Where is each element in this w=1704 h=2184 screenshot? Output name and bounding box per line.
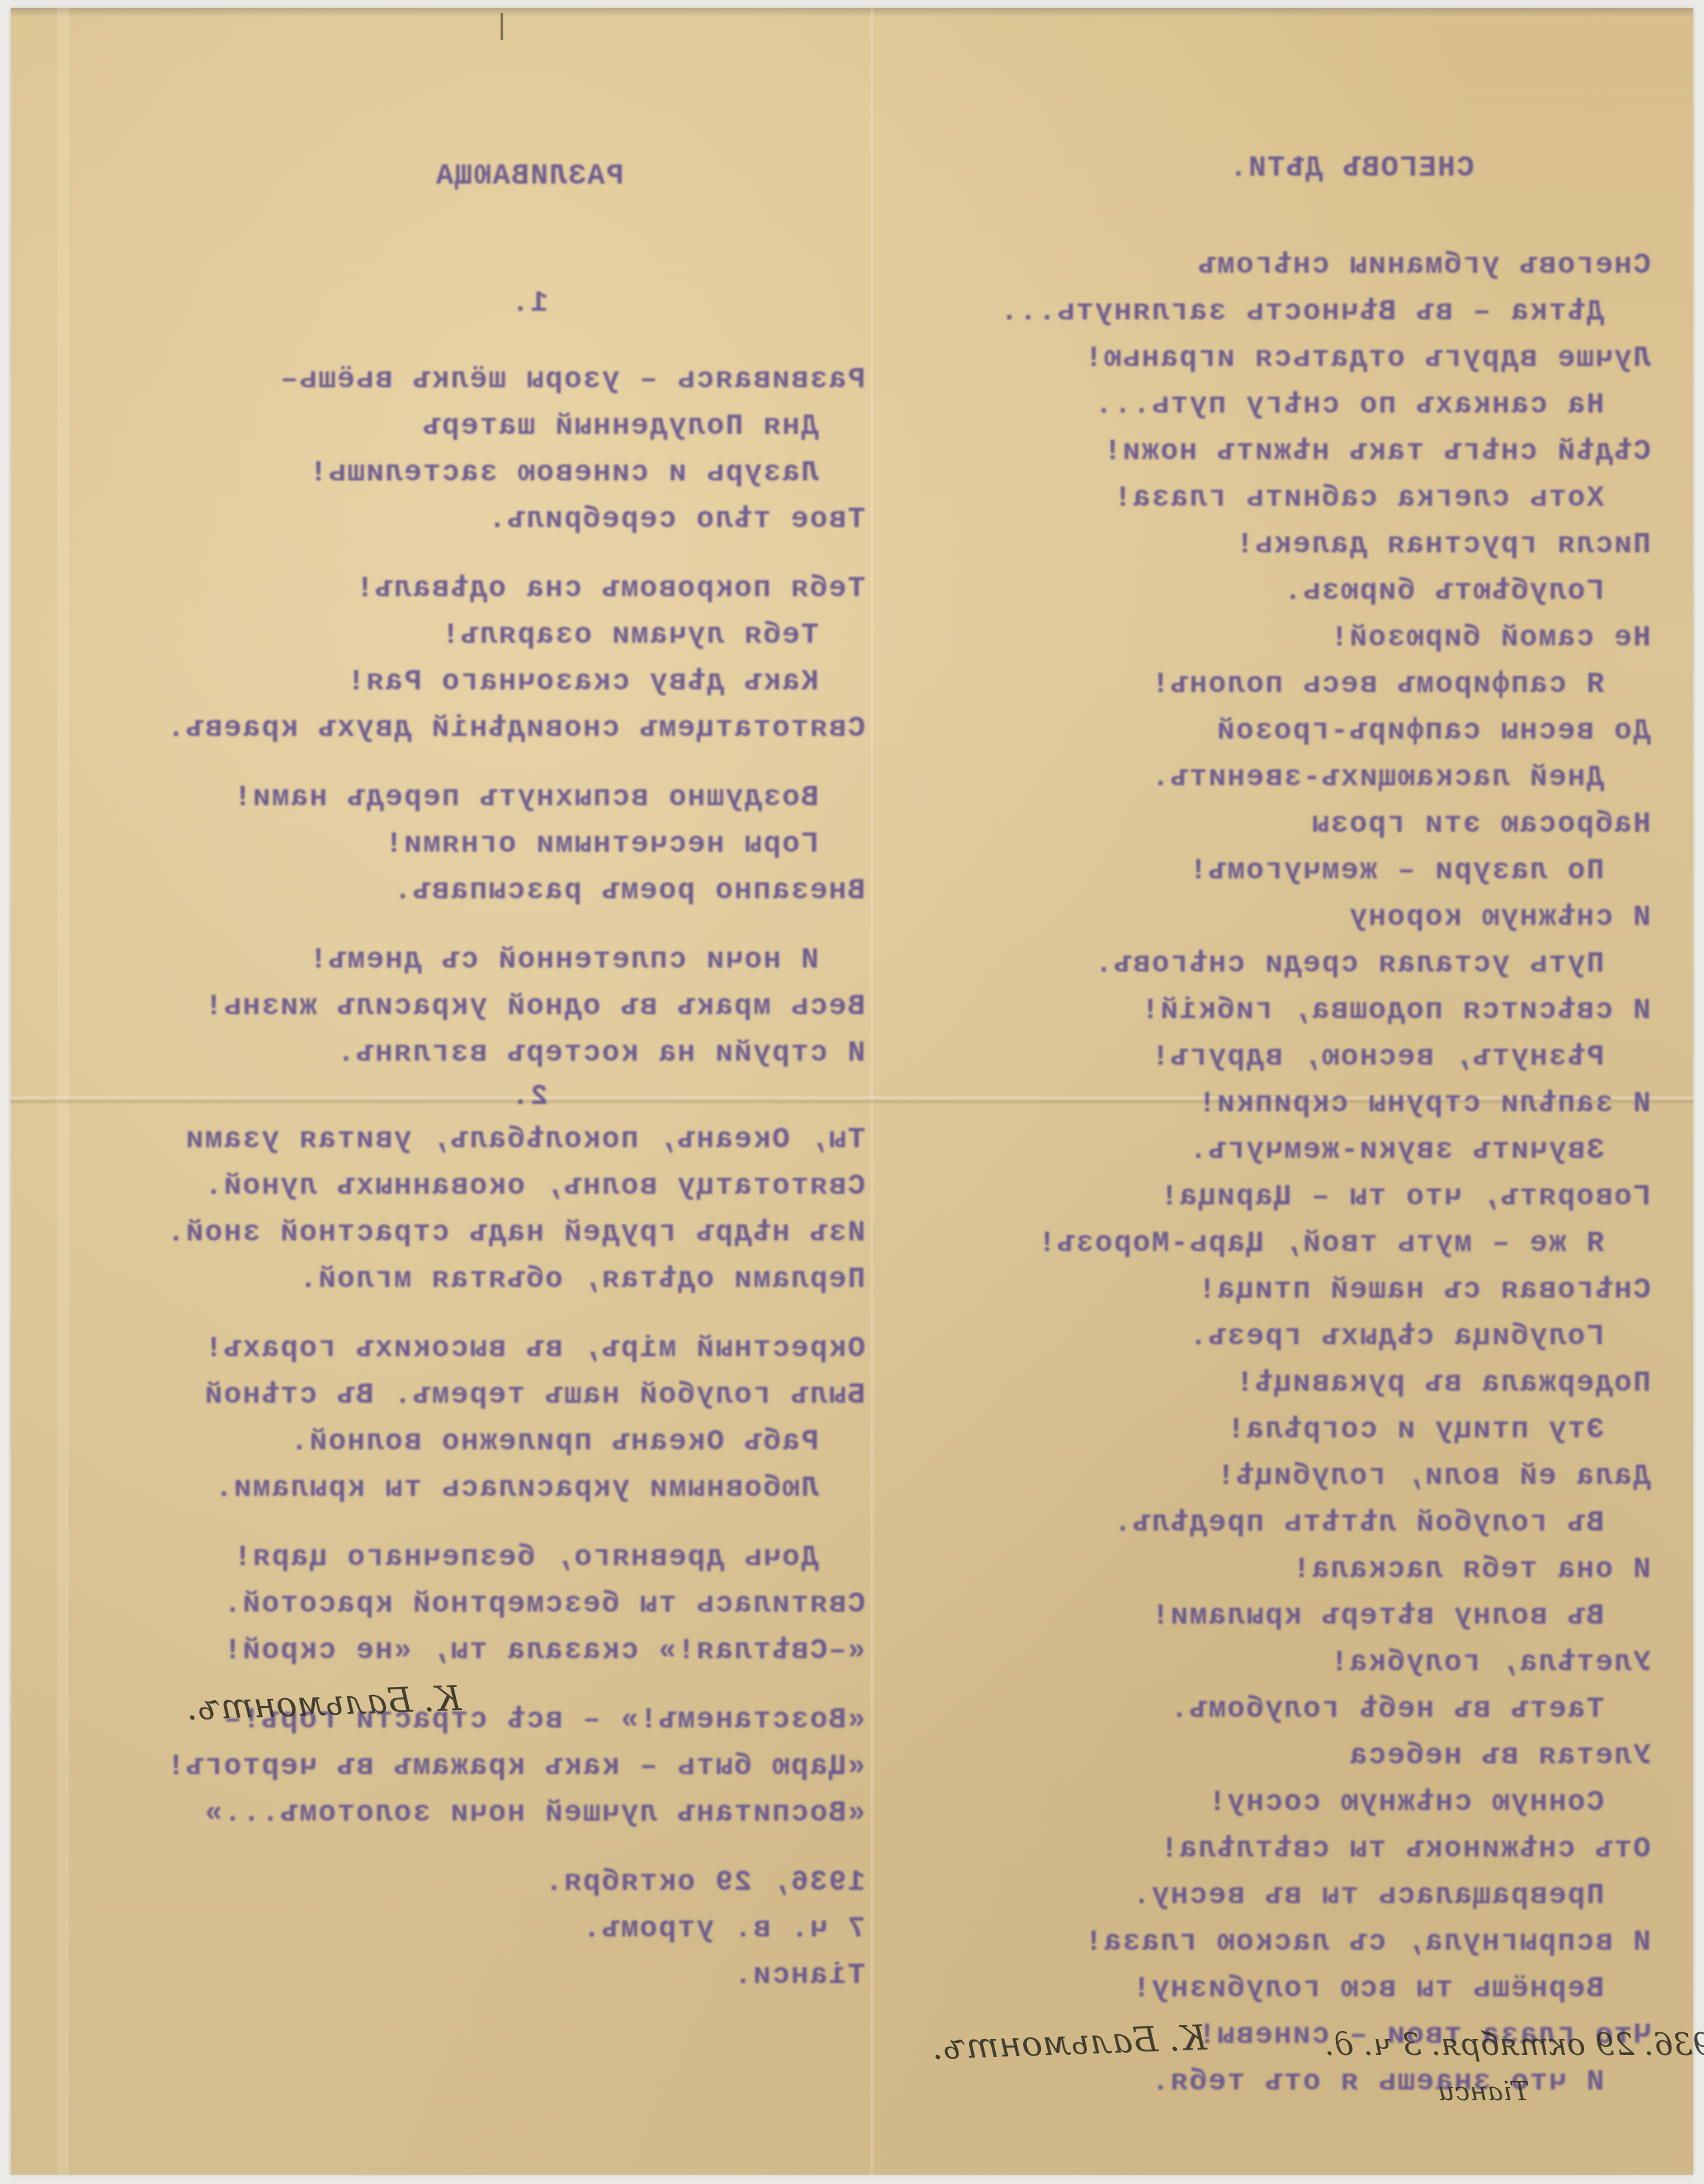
- poem-line: Я же – муть твой, Царь-Морозъ!: [1052, 1220, 1651, 1267]
- right-poem-title: СНЕГОВЪ ДѢТИ.: [1052, 145, 1651, 209]
- poem-line: Я сапфиромъ весь полонъ!: [1052, 661, 1651, 708]
- poem-line: И что знаешь я отъ тебя.: [1052, 2059, 1651, 2105]
- poem-line: Сонную снѣжную сосну!: [1052, 1779, 1651, 1826]
- poem-line: Эту птицу и согрѣла!: [1052, 1407, 1651, 1453]
- poem-line: Набросаю эти грозы: [1052, 801, 1651, 848]
- paper-mark: [501, 13, 503, 40]
- poem-line: Горы несчетными огнями!: [193, 821, 865, 868]
- paper-margin-band: [57, 8, 69, 2175]
- right-poem: СНЕГОВЪ ДѢТИ. Снеговъ угбманиы снѣгомъДѣ…: [1052, 79, 1651, 2105]
- poem-line: Перлами одѣтая, объятая мглой.: [193, 1256, 865, 1303]
- poem-line: «Царю быть – какъ кражамъ въ чертогъ!: [193, 1743, 865, 1790]
- poem-line: И струйи на костеръ взглянъ.: [193, 1030, 865, 1077]
- poem-line: Улетая въ небеса: [1052, 1733, 1651, 1779]
- poem-line: Улетѣла, голубка!: [1052, 1640, 1651, 1686]
- poem-line: Рабъ Океанъ прилежно волной.: [193, 1419, 865, 1465]
- stanza-gap: [193, 543, 865, 566]
- paper-top-edge: [11, 8, 1693, 17]
- stanza-gap: [193, 914, 865, 937]
- poem-line: Тебя лучами озарялъ!: [193, 612, 865, 659]
- left-poem-section-1: 1.: [193, 283, 865, 323]
- poem-line: «–Свѣтлая!» сказала ты, «не скрой!: [193, 1628, 865, 1674]
- poem-line: На санкахъ по снѣгу путь...: [1052, 382, 1651, 429]
- poem-line: «Воспитанъ лучшей ночи золотомъ...»: [193, 1790, 865, 1837]
- poem-line: Ты, Океанъ, поколѣбалъ, увитая узами: [193, 1117, 865, 1163]
- poem-line: И снѣжную корону: [1052, 894, 1651, 941]
- vertical-fold-crease: [869, 8, 875, 2175]
- poem-line: Снеговъ угбманиы снѣгомъ: [1052, 242, 1651, 289]
- poem-line: Говорятъ, что ты – Царица!: [1052, 1174, 1651, 1220]
- poem-line: Голубѣютъ бирюзь.: [1052, 568, 1651, 615]
- poem-line: Снѣговая съ нашей птица!: [1052, 1267, 1651, 1314]
- poem-line: По лазури – жемчугомъ!: [1052, 848, 1651, 894]
- poem-line: Подержала въ рукавицѣ!: [1052, 1360, 1651, 1407]
- poem-line: Былъ голубой нашъ теремъ. Въ стѣной: [193, 1372, 865, 1419]
- stanza-gap: [193, 1303, 865, 1326]
- poem-line: И она тебя ласкала!: [1052, 1547, 1651, 1593]
- poem-line: Окрестный мiръ, въ высокихъ горахъ!: [193, 1326, 865, 1372]
- handwritten-place: Тiанси: [1438, 2076, 1530, 2107]
- poem-line: И запѣли струны скрипки!: [1052, 1081, 1651, 1127]
- poem-line: Тiанси.: [193, 1952, 865, 1999]
- poem-line: Не самой бирюзой!: [1052, 615, 1651, 661]
- poem-line: Въ голубой лѣтѣть предѣлъ.: [1052, 1500, 1651, 1547]
- poem-line: Любовными украсилась ты крылами.: [193, 1465, 865, 1512]
- poem-line: Какъ дѣву сказочнаго Рая!: [193, 659, 865, 705]
- poem-line: Святотатцу волнъ, окованныхъ луной.: [193, 1163, 865, 1210]
- poem-line: Звучитъ звуки-жемчугъ.: [1052, 1127, 1651, 1174]
- poem-line: Отъ снѣжинокъ ты свѣтлѣла!: [1052, 1826, 1651, 1873]
- poem-line: Голубица сѣдыхъ грезъ.: [1052, 1314, 1651, 1360]
- poem-line: И вспрыгнула, съ ласкою глаза!: [1052, 1919, 1651, 1966]
- poem-line: Писля грустная далекь!: [1052, 522, 1651, 568]
- poem-line: Тебя покровомъ сна одѣвалъ!: [193, 566, 865, 612]
- poem-line: Путь усталая среди снѣговъ.: [1052, 941, 1651, 988]
- left-poem-title: РАЗЛИВАЮЩА: [193, 153, 865, 217]
- poem-line: Таетъ въ небѣ голубомъ.: [1052, 1686, 1651, 1733]
- poem-line: Воздушно вспыхнутъ передъ нами!: [193, 775, 865, 821]
- poem-line: Внезапно роемъ разсыпавъ.: [193, 868, 865, 914]
- stanza-gap: [193, 752, 865, 775]
- poem-line: Дней ласкающихъ-звенитъ.: [1052, 755, 1651, 801]
- handwritten-date: 1936. 29 октября. 3 ч. д.: [1325, 2026, 1704, 2062]
- poem-line: До весны сапфиръ-грозой: [1052, 708, 1651, 755]
- stanza-gap: [193, 1512, 865, 1535]
- poem-line: 1936, 29 октября.: [193, 1859, 865, 1906]
- poem-line: Сѣдѣй снѣгъ такъ нѣжитъ ножи!: [1052, 429, 1651, 475]
- poem-line: Хоть слегка сабнить глаза!: [1052, 475, 1651, 522]
- poem-line: Рѣзнутъ, весною, вдругъ!: [1052, 1034, 1651, 1081]
- poem-line: Въ волну вѣтеръ крылами!: [1052, 1593, 1651, 1640]
- left-poem-section-2: 2.: [193, 1077, 865, 1117]
- poem-line: Святилась ты безсмертной красотой.: [193, 1581, 865, 1628]
- poem-line: Изъ нѣдръ грудей надъ страстной зной.: [193, 1210, 865, 1256]
- poem-line: Лазурь и синевою застелишь!: [193, 450, 865, 496]
- poem-line: И ночи сплетенной съ днемъ!: [193, 937, 865, 984]
- poem-line: Дочь древняго, безпечнаго царя!: [193, 1535, 865, 1581]
- poem-line: Дня Полуденный шатеръ: [193, 403, 865, 450]
- poem-line: Дала ей воли, голубицѣ!: [1052, 1453, 1651, 1500]
- poem-line: И свѣсится подошва, гибкій!: [1052, 988, 1651, 1034]
- poem-line: Лучше вдругъ отдаться игранью!: [1052, 335, 1651, 382]
- stanza-gap: [193, 1837, 865, 1859]
- poem-line: Дѣтка – въ Вѣчность заглянуть...: [1052, 289, 1651, 335]
- poem-line: Твое тѣло серебрилъ.: [193, 496, 865, 543]
- poem-line: 7 ч. в. утромъ.: [193, 1906, 865, 1952]
- poem-line: Превращалась ты въ весну.: [1052, 1873, 1651, 1919]
- poem-line: Вернёшь ты всю голубизну!: [1052, 1966, 1651, 2012]
- poem-line: Святотатцемъ сновидѣній двухъ краевъ.: [193, 705, 865, 752]
- poem-line: Весь мракъ въ одной украсилъ жизнь!: [193, 984, 865, 1030]
- poem-line: Развиваясь – узоры шёлкъ вьёшь–: [193, 357, 865, 403]
